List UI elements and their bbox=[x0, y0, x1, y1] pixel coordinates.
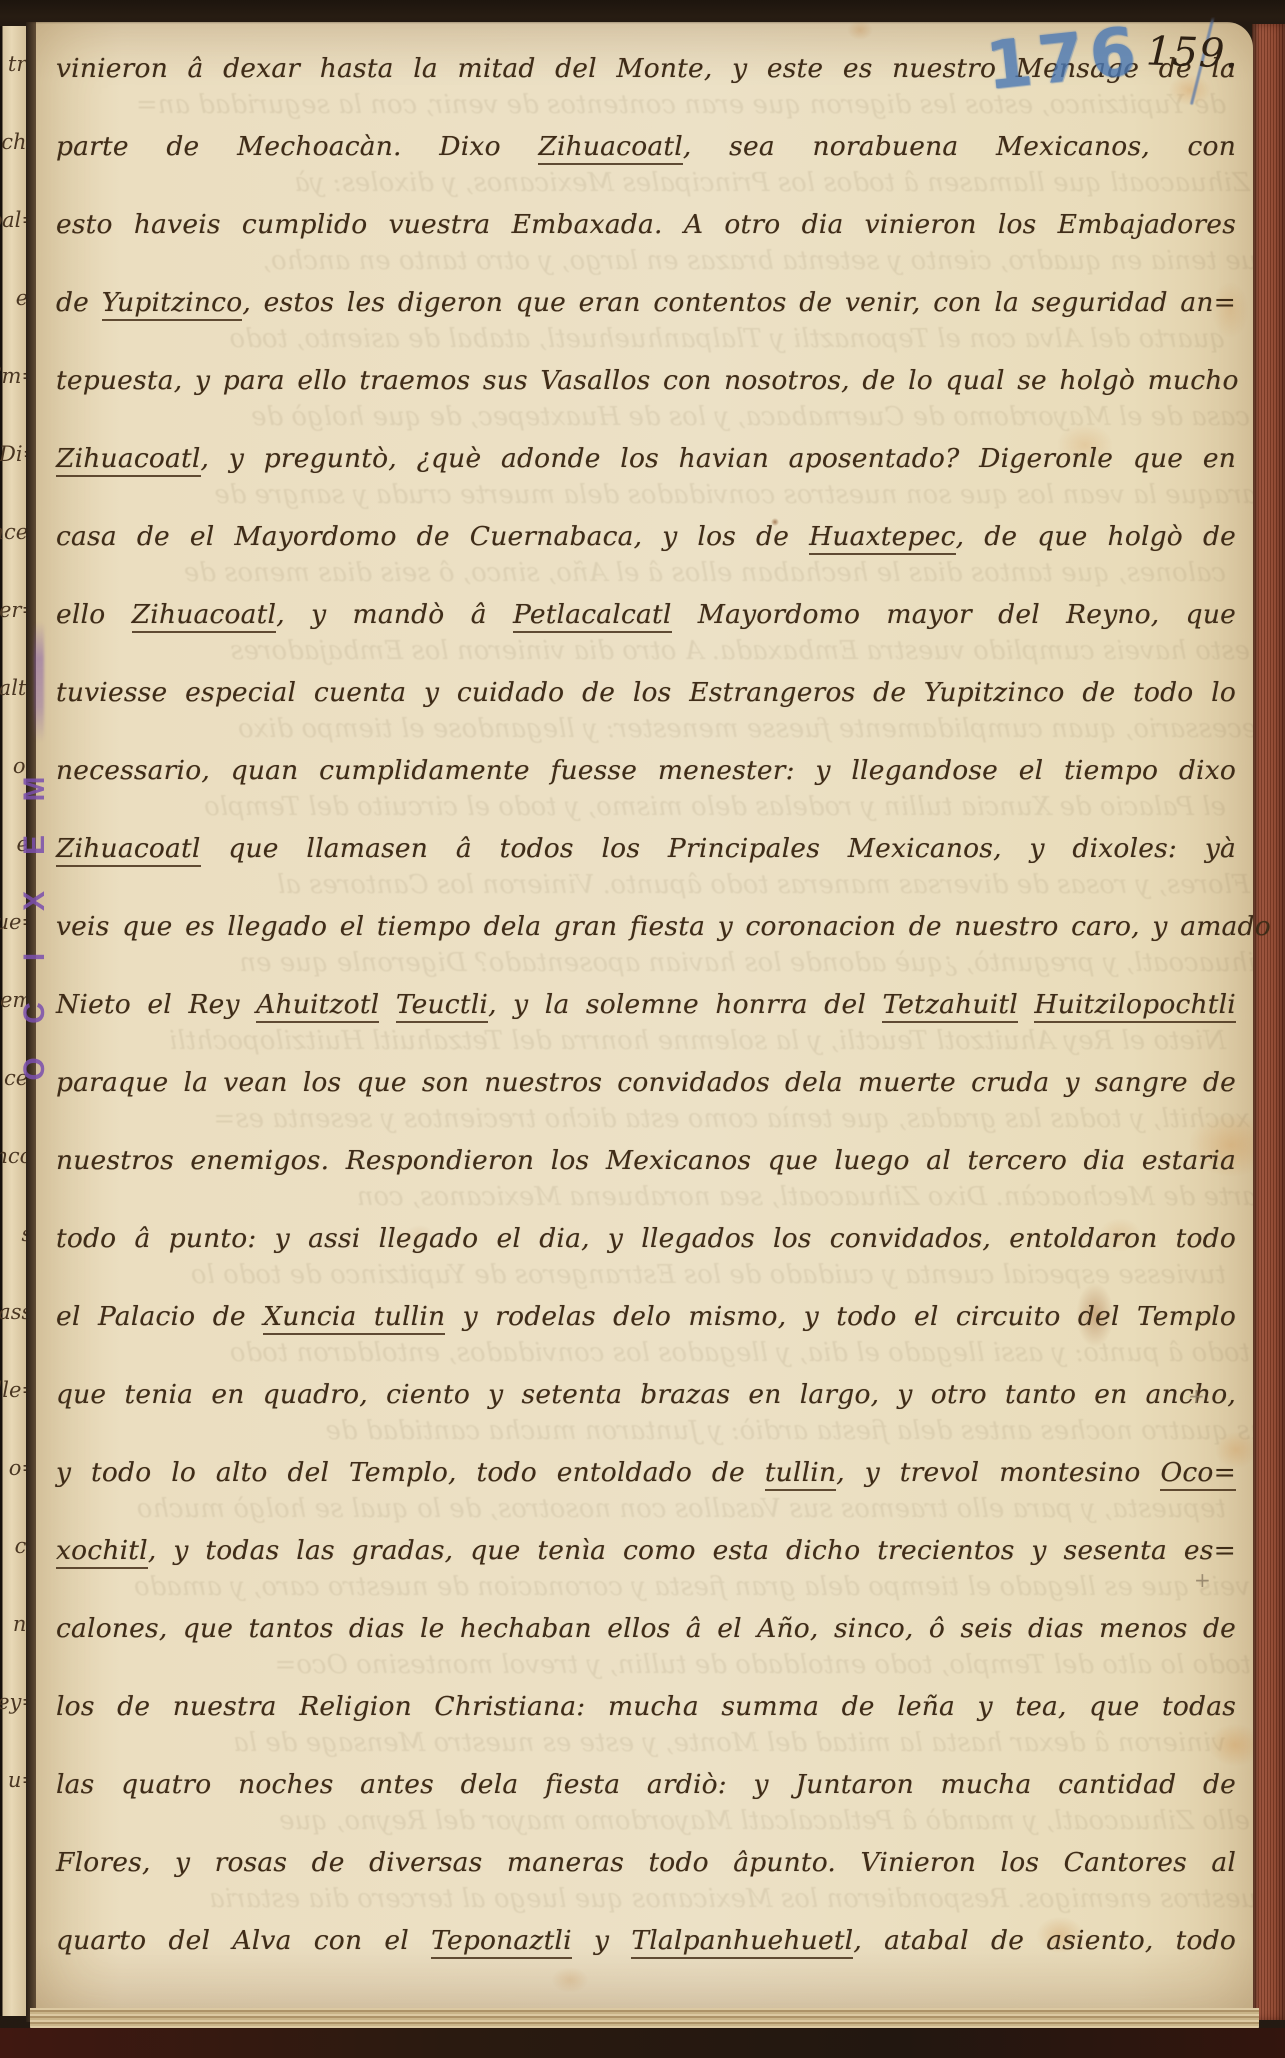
manuscript-line: necessario, quan cumplidamente fuesse me… bbox=[56, 754, 1236, 790]
facing-page-fragment: o= bbox=[0, 1456, 26, 1480]
underlined-word: Zihuacoatl bbox=[132, 599, 277, 633]
underlined-word: Ahuitzotl bbox=[256, 989, 379, 1023]
underlined-word: Huaxtepec bbox=[809, 521, 956, 555]
manuscript-line: y todo lo alto del Templo, todo entoldad… bbox=[56, 1456, 1236, 1492]
text-segment: que tenia en quadro, ciento y setenta br… bbox=[56, 1379, 1236, 1410]
facing-page-fragment: s bbox=[0, 1924, 26, 1948]
text-segment: quarto del Alva con el bbox=[56, 1925, 431, 1956]
text-segment: y rodelas delo mismo, y todo el circuito… bbox=[445, 1301, 1236, 1332]
underlined-word: Petlacalcatl bbox=[513, 599, 672, 633]
text-segment: , atabal de asiento, todo bbox=[853, 1925, 1236, 1956]
book-cover-top bbox=[0, 0, 1285, 24]
underlined-word: Zihuacoatl bbox=[56, 833, 201, 867]
manuscript-line: de Yupitzinco, estos les digeron que era… bbox=[56, 286, 1236, 322]
stamp-letter: I bbox=[18, 940, 72, 974]
stamp-smudge bbox=[34, 622, 44, 742]
text-segment: las quatro noches antes dela fiesta ardi… bbox=[56, 1769, 1236, 1800]
manuscript-line: quarto del Alva con el Teponaztli y Tlal… bbox=[56, 1924, 1236, 1960]
text-segment: , y todas las gradas, que tenìa como est… bbox=[148, 1535, 1236, 1566]
library-stamp: MEXICO bbox=[20, 682, 66, 1152]
manuscript-line: Nieto el Rey Ahuitzotl Teuctli, y la sol… bbox=[56, 988, 1236, 1024]
text-segment: tuviesse especial cuenta y cuidado de lo… bbox=[56, 677, 1236, 708]
stamp-letter: E bbox=[18, 828, 72, 862]
manuscript-line: tepuesta, y para ello traemos sus Vasall… bbox=[56, 364, 1236, 400]
text-segment: Nieto el Rey bbox=[56, 989, 256, 1020]
facing-page-fragment: s, bbox=[0, 1222, 26, 1246]
manuscript-line: casa de el Mayordomo de Cuernabaca, y lo… bbox=[56, 520, 1236, 556]
text-segment: calones, que tantos dias le hechaban ell… bbox=[56, 1613, 1236, 1644]
facing-page-fragment: Em= bbox=[0, 364, 26, 388]
facing-page-fragment: Rey= bbox=[0, 1690, 26, 1714]
manuscript-line: que tenia en quadro, ciento y setenta br… bbox=[56, 1378, 1236, 1414]
stamp-letter: C bbox=[18, 996, 72, 1030]
text-segment: , y la solemne honrra del bbox=[488, 989, 882, 1020]
text-segment bbox=[1018, 989, 1034, 1020]
manuscript-line: ello Zihuacoatl, y mandò â Petlacalcatl … bbox=[56, 598, 1236, 634]
manuscript-line: veis que es llegado el tiempo dela gran … bbox=[56, 910, 1236, 946]
facing-page-fragment: lle= bbox=[0, 1378, 26, 1402]
underlined-word: Tetzahuitl bbox=[882, 989, 1017, 1023]
underlined-word: Yupitzinco bbox=[102, 287, 243, 321]
facing-page-fragment: pal= bbox=[0, 208, 26, 232]
facing-page-fragment: e bbox=[0, 1846, 26, 1870]
folio-number-ink: 159. bbox=[1145, 28, 1240, 77]
manuscript-line: todo â punto: y assi llegado el dia, y l… bbox=[56, 1222, 1236, 1258]
underlined-word: xochitl bbox=[56, 1535, 148, 1569]
underlined-word: Oco= bbox=[1160, 1457, 1236, 1491]
text-segment: esto haveis cumplido vuestra Embaxada. A… bbox=[56, 209, 1236, 240]
underlined-word: Teponaztli bbox=[431, 1925, 572, 1959]
text-segment: y todo lo alto del Templo, todo entoldad… bbox=[56, 1457, 765, 1488]
manuscript-line: calones, que tantos dias le hechaban ell… bbox=[56, 1612, 1236, 1648]
text-segment: los de nuestra Religion Christiana: much… bbox=[56, 1691, 1236, 1722]
manuscript-line: Zihuacoatl, y preguntò, ¿què adonde los … bbox=[56, 442, 1236, 478]
book-fore-edge bbox=[1252, 24, 1285, 2020]
text-segment: , estos les digeron que eran contentos d… bbox=[242, 287, 1236, 318]
facing-page-fragment: assi bbox=[0, 1300, 26, 1324]
manuscript-line: esto haveis cumplido vuestra Embaxada. A… bbox=[56, 208, 1236, 244]
text-segment: , sea norabuena Mexicanos, con bbox=[683, 131, 1236, 162]
underlined-word: tullin bbox=[765, 1457, 836, 1491]
text-segment: , y mandò â bbox=[276, 599, 513, 630]
facing-page-fragment: 2 Di= bbox=[0, 442, 26, 466]
text-segment: parte de Mechoacàn. Dixo bbox=[56, 131, 538, 162]
text-segment: de bbox=[56, 287, 102, 318]
text-segment: Flores, y rosas de diversas maneras todo… bbox=[56, 1847, 1236, 1878]
facing-page-fragment: es bbox=[0, 286, 26, 310]
manuscript-line: las quatro noches antes dela fiesta ardi… bbox=[56, 1768, 1236, 1804]
margin-cross-mark: + bbox=[1188, 1384, 1205, 1408]
text-segment: casa de el Mayordomo de Cuernabaca, y lo… bbox=[56, 521, 809, 552]
facing-page-fragment: nces bbox=[0, 520, 26, 544]
text-segment: , y trevol montesino bbox=[836, 1457, 1160, 1488]
facing-page-fragment: no bbox=[0, 1612, 26, 1636]
text-segment bbox=[379, 989, 395, 1020]
manuscript-page: de Yupitzinco, estos les digeron que era… bbox=[36, 22, 1253, 2018]
text-segment: paraque la vean los que son nuestros con… bbox=[56, 1067, 1236, 1098]
manuscript-line: parte de Mechoacàn. Dixo Zihuacoatl, sea… bbox=[56, 130, 1236, 166]
facing-page-fragment: u= bbox=[0, 1768, 26, 1792]
manuscript-line: Flores, y rosas de diversas maneras todo… bbox=[56, 1846, 1236, 1882]
facing-page-fragment: er= bbox=[0, 598, 26, 622]
book-cover-bottom bbox=[0, 2028, 1285, 2058]
manuscript-line: Zihuacoatl que llamasen â todos los Prin… bbox=[56, 832, 1236, 868]
text-segment: , y preguntò, ¿què adonde los havian apo… bbox=[201, 443, 1236, 474]
text-segment: ello bbox=[56, 599, 132, 630]
underlined-word: Xuncia tullin bbox=[263, 1301, 445, 1335]
manuscript-text: vinieron â dexar hasta la mitad del Mont… bbox=[56, 22, 1236, 2018]
stamp-letter: O bbox=[18, 1052, 72, 1086]
text-segment: necessario, quan cumplidamente fuesse me… bbox=[56, 755, 1236, 786]
manuscript-line: los de nuestra Religion Christiana: much… bbox=[56, 1690, 1236, 1726]
underlined-word: Zihuacoatl bbox=[538, 131, 683, 165]
facing-page-fragment: co bbox=[0, 1534, 26, 1558]
text-segment: Mayordomo mayor del Reyno, que bbox=[672, 599, 1236, 630]
manuscript-line: nuestros enemigos. Respondieron los Mexi… bbox=[56, 1144, 1236, 1180]
text-segment: que llamasen â todos los Principales Mex… bbox=[201, 833, 1236, 864]
text-segment: y bbox=[572, 1925, 632, 1956]
manuscript-line: el Palacio de Xuncia tullin y rodelas de… bbox=[56, 1300, 1236, 1336]
facing-page-fragment: tro bbox=[0, 52, 26, 76]
stamp-letter: X bbox=[18, 884, 72, 918]
margin-cross-mark: + bbox=[1194, 1568, 1211, 1592]
text-segment: el Palacio de bbox=[56, 1301, 263, 1332]
underlined-word: Teuctli bbox=[396, 989, 488, 1023]
stamp-letter: M bbox=[18, 772, 72, 806]
manuscript-line: paraque la vean los que son nuestros con… bbox=[56, 1066, 1236, 1102]
text-segment: tepuesta, y para ello traemos sus Vasall… bbox=[56, 365, 1239, 396]
text-segment: todo â punto: y assi llegado el dia, y l… bbox=[56, 1223, 1236, 1254]
underlined-word: Tlalpanhuehuetl bbox=[631, 1925, 853, 1959]
folio-number-pencil: 176 bbox=[982, 12, 1145, 105]
manuscript-line: tuviesse especial cuenta y cuidado de lo… bbox=[56, 676, 1236, 712]
manuscript-line: xochitl, y todas las gradas, que tenìa c… bbox=[56, 1534, 1236, 1570]
manuscript-photo: trochepal=esEm=2 Di=nceser=saltoonerue=e… bbox=[0, 0, 1285, 2058]
underlined-word: Zihuacoatl bbox=[56, 443, 201, 477]
facing-page-fragment: che bbox=[0, 130, 26, 154]
text-segment: , de que holgò de bbox=[956, 521, 1236, 552]
text-segment: veis que es llegado el tiempo dela gran … bbox=[56, 911, 1271, 942]
text-segment: nuestros enemigos. Respondieron los Mexi… bbox=[56, 1145, 1236, 1176]
underlined-word: Huitzilopochtli bbox=[1034, 989, 1236, 1023]
